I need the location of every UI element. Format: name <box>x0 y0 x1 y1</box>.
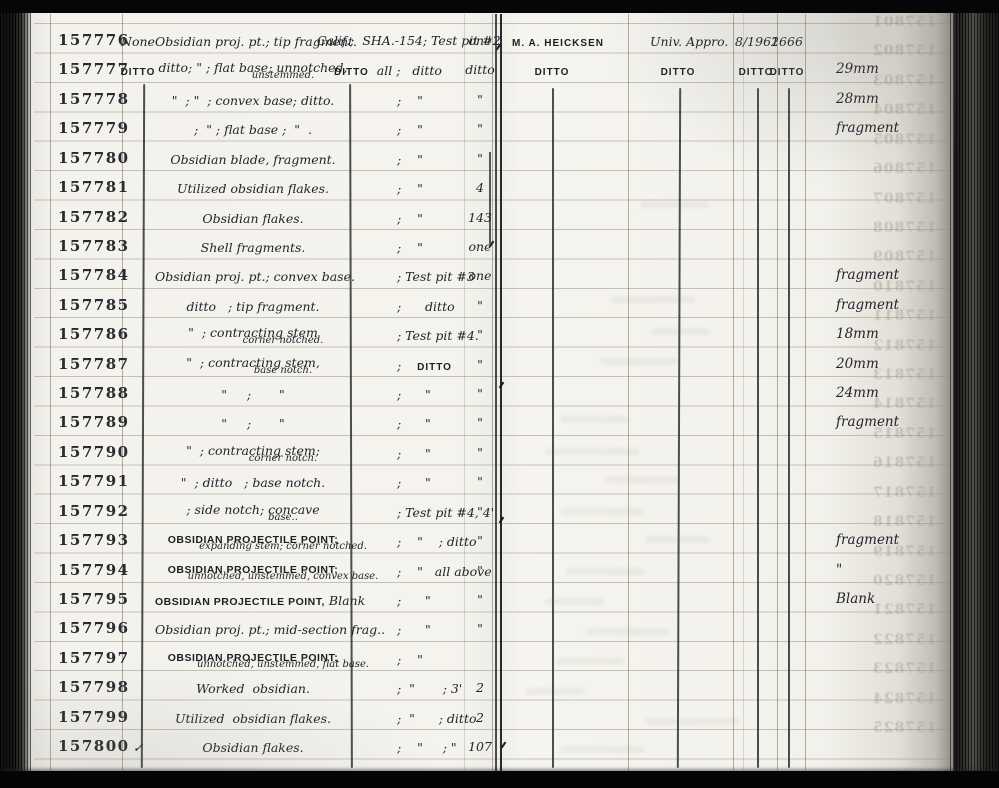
ghost-bleed-text <box>610 296 695 303</box>
text-segment: ; " <box>397 181 423 196</box>
catalog-number: 157781 <box>58 173 130 202</box>
catalog-number: 157799 <box>58 703 130 732</box>
location-cell: ; " <box>397 144 423 173</box>
location-cell: ; " <box>397 614 431 643</box>
text-segment: ; " ; " <box>397 740 457 755</box>
ghost-bleed-number: 157810 <box>872 279 946 295</box>
ghost-bleed-text <box>565 568 645 575</box>
text-segment: ; <box>397 358 417 373</box>
ledger-row: 157794OBSIDIAN PROJECTILE POINT;unnotche… <box>0 556 999 586</box>
ledger-row: 157780Obsidian blade, fragment.; ""15780… <box>0 144 999 174</box>
description-cell: " ; contracting stem;corner notch. <box>155 438 351 467</box>
location-cell: ; ditto <box>397 291 455 320</box>
location-cell: ; " <box>397 467 431 496</box>
catalog-number: 157793 <box>58 526 130 555</box>
ghost-bleed-number: 157815 <box>872 426 946 442</box>
location-cell: ; " <box>397 85 423 114</box>
text-segment: Obsidian blade, fragment. <box>170 152 335 167</box>
text-segment: ; " <box>397 622 431 637</box>
text-segment: Worked obsidian. <box>196 681 310 696</box>
ledger-row: 157789" ; "; ""fragment157814 <box>0 408 999 438</box>
catalog-number: 157798 <box>58 673 130 702</box>
ledger-row: 157782Obsidian flakes.; "143157807 <box>0 203 999 233</box>
location-cell: ; " ; 3' <box>397 673 462 702</box>
count-cell: 2 <box>461 673 499 702</box>
count-cell: " <box>461 350 499 379</box>
text-segment: ; " <box>397 652 423 667</box>
count-cell: " <box>461 320 499 349</box>
ledger-row: 157786" ; contracting stemcorner notched… <box>0 320 999 350</box>
catalog-number: 157789 <box>58 408 130 437</box>
count-cell: " <box>461 526 499 555</box>
description-subline: corner notched. <box>185 335 381 347</box>
ghost-bleed-number: 157804 <box>872 102 946 118</box>
ledger-row: 157776NoneObsidian proj. pt.; tip fragme… <box>0 26 999 56</box>
description-cell: ; " ; flat base ; " . <box>155 114 351 143</box>
catalog-number: 157786 <box>58 320 130 349</box>
ghost-bleed-number: 157814 <box>872 396 946 412</box>
description-cell: OBSIDIAN PROJECTILE POINT;unnotched, uns… <box>155 556 351 585</box>
text-segment: all ; ditto <box>369 63 442 78</box>
description-cell: ; side notch; concavebase.. <box>155 497 351 526</box>
text-segment: OBSIDIAN PROJECTILE POINT, <box>155 596 325 608</box>
text-segment: ; " ; flat base ; " . <box>194 122 312 137</box>
description-cell: OBSIDIAN PROJECTILE POINT;unnotched, uns… <box>155 644 351 673</box>
location-cell: ; " <box>397 438 431 467</box>
ghost-bleed-number: 157817 <box>872 485 946 501</box>
ghost-bleed-text <box>545 448 640 455</box>
ledger-row: 157793OBSIDIAN PROJECTILE POINT;expandin… <box>0 526 999 556</box>
book-edge-left <box>0 0 31 788</box>
location-cell: ; " ; " <box>397 732 457 761</box>
text-segment: ; " <box>397 387 431 402</box>
count-cell: " <box>461 408 499 437</box>
text-segment: ; " <box>397 593 431 608</box>
text-segment: Obsidian proj. pt.; mid-section frag.. <box>155 622 385 637</box>
count-cell: " <box>461 114 499 143</box>
catalog-number: 157780 <box>58 144 130 173</box>
ledger-row: 157787" ; contracting stem,base notch.; … <box>0 350 999 380</box>
ledger-row: 157783Shell fragments.; "one157808 <box>0 232 999 262</box>
description-subline: expanding stem; corner notched. <box>185 541 381 553</box>
ledger-row: 157784Obsidian proj. pt.; convex base.; … <box>0 261 999 291</box>
ledger-row: 157798Worked obsidian.; " ; 3'2157823 <box>0 673 999 703</box>
text-segment: Shell fragments. <box>201 240 306 255</box>
catalog-number: 157784 <box>58 261 130 290</box>
ghost-bleed-text <box>645 718 740 725</box>
ghost-bleed-text <box>645 536 710 543</box>
ghost-bleed-number: 157824 <box>872 691 946 707</box>
description-cell: Obsidian flakes. <box>155 203 351 232</box>
ledger-row: 157777DITTOditto; " ; flat base; unnotch… <box>0 55 999 85</box>
ledger-row: 157781Utilized obsidian flakes.; "415780… <box>0 173 999 203</box>
description-cell: Obsidian flakes. <box>155 732 351 761</box>
ghost-bleed-number: 157820 <box>872 573 946 589</box>
ghost-bleed-number: 157803 <box>872 73 946 89</box>
description-cell: " ; contracting stemcorner notched. <box>155 320 351 349</box>
location-cell: ; " <box>397 644 423 673</box>
text-segment: Obsidian proj. pt.; convex base. <box>155 269 355 284</box>
count-cell: " <box>461 585 499 614</box>
description-subline: unnotched, unstemmed, convex base. <box>185 571 381 583</box>
ghost-bleed-text <box>650 328 710 335</box>
ledger-scan: 157776NoneObsidian proj. pt.; tip fragme… <box>0 0 999 788</box>
description-cell: Worked obsidian. <box>155 673 351 702</box>
count-cell: 107 <box>461 732 499 761</box>
catalog-number: 157795 <box>58 585 130 614</box>
ghost-bleed-text <box>525 688 585 695</box>
location-cell: ; " <box>397 408 431 437</box>
ghost-bleed-number: 157801 <box>872 14 946 30</box>
ghost-bleed-text <box>600 358 680 365</box>
description-subline: unnotched, unstemmed, flat base. <box>185 659 381 671</box>
count-cell: one <box>461 261 499 290</box>
ledger-row: 157779; " ; flat base ; " .; ""fragment1… <box>0 114 999 144</box>
catalog-number: 157792 <box>58 497 130 526</box>
ledger-row: 157785ditto ; tip fragment.; ditto"fragm… <box>0 291 999 321</box>
description-cell: " ; ditto ; base notch. <box>155 467 351 496</box>
ledger-row: 157791" ; ditto ; base notch.; ""157816 <box>0 467 999 497</box>
catalog-number: 157788 <box>58 379 130 408</box>
catalog-number: 157796 <box>58 614 130 643</box>
university-cell: DITTO <box>630 55 726 84</box>
scanner-background-bottom <box>0 771 999 788</box>
description-cell: Obsidian blade, fragment. <box>155 144 351 173</box>
description-cell: Shell fragments. <box>155 232 351 261</box>
text-segment: ; " <box>397 475 431 490</box>
description-cell: ditto ; tip fragment. <box>155 291 351 320</box>
ghost-bleed-number: 157809 <box>872 249 946 265</box>
location-cell: ; " <box>397 203 423 232</box>
text-segment: ; ditto <box>397 299 455 314</box>
count-cell: " <box>461 85 499 114</box>
description-cell: OBSIDIAN PROJECTILE POINT, Blank <box>155 585 351 614</box>
ledger-row: 157797OBSIDIAN PROJECTILE POINT;unnotche… <box>0 644 999 674</box>
ghost-bleed-number: 157813 <box>872 367 946 383</box>
location-cell: ; DITTO <box>397 350 452 379</box>
description-cell: Obsidian proj. pt.; convex base. <box>155 261 351 290</box>
ghost-bleed-number: 157818 <box>872 514 946 530</box>
ghost-bleed-text <box>560 416 630 423</box>
catalog-number: 157791 <box>58 467 130 496</box>
text-segment: ; " <box>397 446 431 461</box>
university-cell: Univ. Appro. <box>650 26 728 55</box>
collector-cell: DITTO <box>510 55 594 84</box>
catalog-number: 157783 <box>58 232 130 261</box>
location-cell: ; " <box>397 379 431 408</box>
text-segment: ; " <box>397 122 423 137</box>
count-cell: " <box>461 291 499 320</box>
count-cell: one <box>461 26 499 55</box>
text-segment: ; " <box>397 211 423 226</box>
text-segment: Utilized obsidian flakes. <box>177 181 329 196</box>
description-cell: Utilized obsidian flakes. <box>155 173 351 202</box>
description-cell: " ; " <box>155 379 351 408</box>
location-cell: ; " <box>397 585 431 614</box>
ghost-bleed-number: 157806 <box>872 161 946 177</box>
ghost-bleed-text <box>545 598 605 605</box>
ghost-bleed-text <box>560 508 645 515</box>
catalog-number: 157790 <box>58 438 130 467</box>
ghost-bleed-number: 157811 <box>872 308 946 324</box>
description-subline: base.. <box>185 512 381 524</box>
ghost-bleed-number: 157821 <box>872 602 946 618</box>
book-edge-right <box>950 0 999 788</box>
ledger-row: 157799Utilized obsidian flakes.; " ; dit… <box>0 703 999 733</box>
text-segment: 1666 <box>771 34 803 49</box>
catalog-number: 157797 <box>58 644 130 673</box>
count-cell: " <box>461 379 499 408</box>
description-subline: corner notch. <box>185 453 381 465</box>
count-cell: " <box>461 144 499 173</box>
catalog-number: 157782 <box>58 203 130 232</box>
text-segment: " ; ditto ; base notch. <box>181 475 325 490</box>
accession-cell: 1666 <box>767 26 807 55</box>
scanner-background-top <box>0 0 999 13</box>
text-segment: ; " ; 3' <box>397 681 462 696</box>
count-cell: one <box>461 232 499 261</box>
text-segment: DITTO <box>417 362 452 373</box>
ledger-row: 157796Obsidian proj. pt.; mid-section fr… <box>0 614 999 644</box>
ghost-bleed-number: 157807 <box>872 191 946 207</box>
count-cell: " <box>461 497 499 526</box>
collector-cell: M. A. HEICKSEN <box>512 26 604 55</box>
location-cell: ; " <box>397 114 423 143</box>
description-cell: Obsidian proj. pt.; mid-section frag.. <box>155 614 351 643</box>
location-cell: DITTO all ; ditto <box>334 55 442 84</box>
text-segment: Blank <box>325 593 365 608</box>
text-segment: ; " <box>397 416 431 431</box>
count-cell: " <box>461 614 499 643</box>
ghost-bleed-text <box>605 476 680 483</box>
text-segment: ditto ; tip fragment. <box>186 299 319 314</box>
catalog-number: 157779 <box>58 114 130 143</box>
text-segment: Utilized obsidian flakes. <box>175 711 331 726</box>
count-cell: ditto <box>461 55 499 84</box>
text-segment: DITTO <box>661 67 696 78</box>
ledger-row: 157792; side notch; concavebase..; Test … <box>0 497 999 527</box>
count-cell: 2 <box>461 703 499 732</box>
accession-cell: DITTO <box>767 55 807 84</box>
description-cell: " ; " <box>155 408 351 437</box>
catalog-number: 157794 <box>58 556 130 585</box>
text-segment: DITTO <box>535 67 570 78</box>
text-segment: M. A. HEICKSEN <box>512 38 604 49</box>
text-segment: " ; " ; convex base; ditto. <box>172 93 335 108</box>
text-segment: None <box>121 34 155 49</box>
description-cell: " ; " ; convex base; ditto. <box>155 85 351 114</box>
location-cell: ; " <box>397 232 423 261</box>
text-segment: DITTO <box>334 67 369 78</box>
ghost-bleed-number: 157808 <box>872 220 946 236</box>
text-segment: ; " <box>397 93 423 108</box>
ghost-bleed-number: 157825 <box>872 720 946 736</box>
ghost-bleed-number: 157822 <box>872 632 946 648</box>
ghost-bleed-number: 157802 <box>872 43 946 59</box>
text-segment: " ; " <box>221 416 284 431</box>
ghost-bleed-text <box>640 201 710 208</box>
location-cell: ; " <box>397 173 423 202</box>
ghost-bleed-text <box>585 628 670 635</box>
text-segment: DITTO <box>121 67 156 78</box>
description-cell: Utilized obsidian flakes. <box>155 703 351 732</box>
description-cell: OBSIDIAN PROJECTILE POINT;expanding stem… <box>155 526 351 555</box>
catalog-number: 157787 <box>58 350 130 379</box>
text-segment: ; " <box>397 240 423 255</box>
count-cell: 4 <box>461 173 499 202</box>
catalog-number: 157785 <box>58 291 130 320</box>
catalog-number: 157778 <box>58 85 130 114</box>
ghost-bleed-number: 157816 <box>872 455 946 471</box>
ledger-row: 157795OBSIDIAN PROJECTILE POINT, Blank; … <box>0 585 999 615</box>
text-segment: Obsidian flakes. <box>202 211 303 226</box>
description-cell: " ; contracting stem,base notch. <box>155 350 351 379</box>
text-segment: ; " <box>397 152 423 167</box>
count-cell: " <box>461 467 499 496</box>
ledger-row: 157800✓Obsidian flakes.; " ; "107157825 <box>0 732 999 762</box>
text-segment: DITTO <box>770 67 805 78</box>
ghost-bleed-text <box>560 746 645 753</box>
text-segment: ✓ <box>133 740 143 755</box>
count-cell: " <box>461 556 499 585</box>
ledger-row: 157778" ; " ; convex base; ditto.; ""28m… <box>0 85 999 115</box>
text-segment: " ; " <box>221 387 284 402</box>
ghost-bleed-number: 157805 <box>872 132 946 148</box>
ghost-bleed-number: 157823 <box>872 661 946 677</box>
count-cell: " <box>461 438 499 467</box>
ghost-bleed-number: 157812 <box>872 338 946 354</box>
description-subline: base notch. <box>185 365 381 377</box>
count-cell: 143 <box>461 203 499 232</box>
ledger-row: 157788" ; "; ""24mm157813 <box>0 379 999 409</box>
text-segment: Univ. Appro. <box>650 34 728 49</box>
ghost-bleed-number: 157819 <box>872 544 946 560</box>
description-cell: ditto; " ; flat base; unnotched,unstemme… <box>155 55 351 84</box>
ledger-row: 157790" ; contracting stem;corner notch.… <box>0 438 999 468</box>
ghost-bleed-text <box>555 658 625 665</box>
text-segment: Obsidian flakes. <box>202 740 303 755</box>
